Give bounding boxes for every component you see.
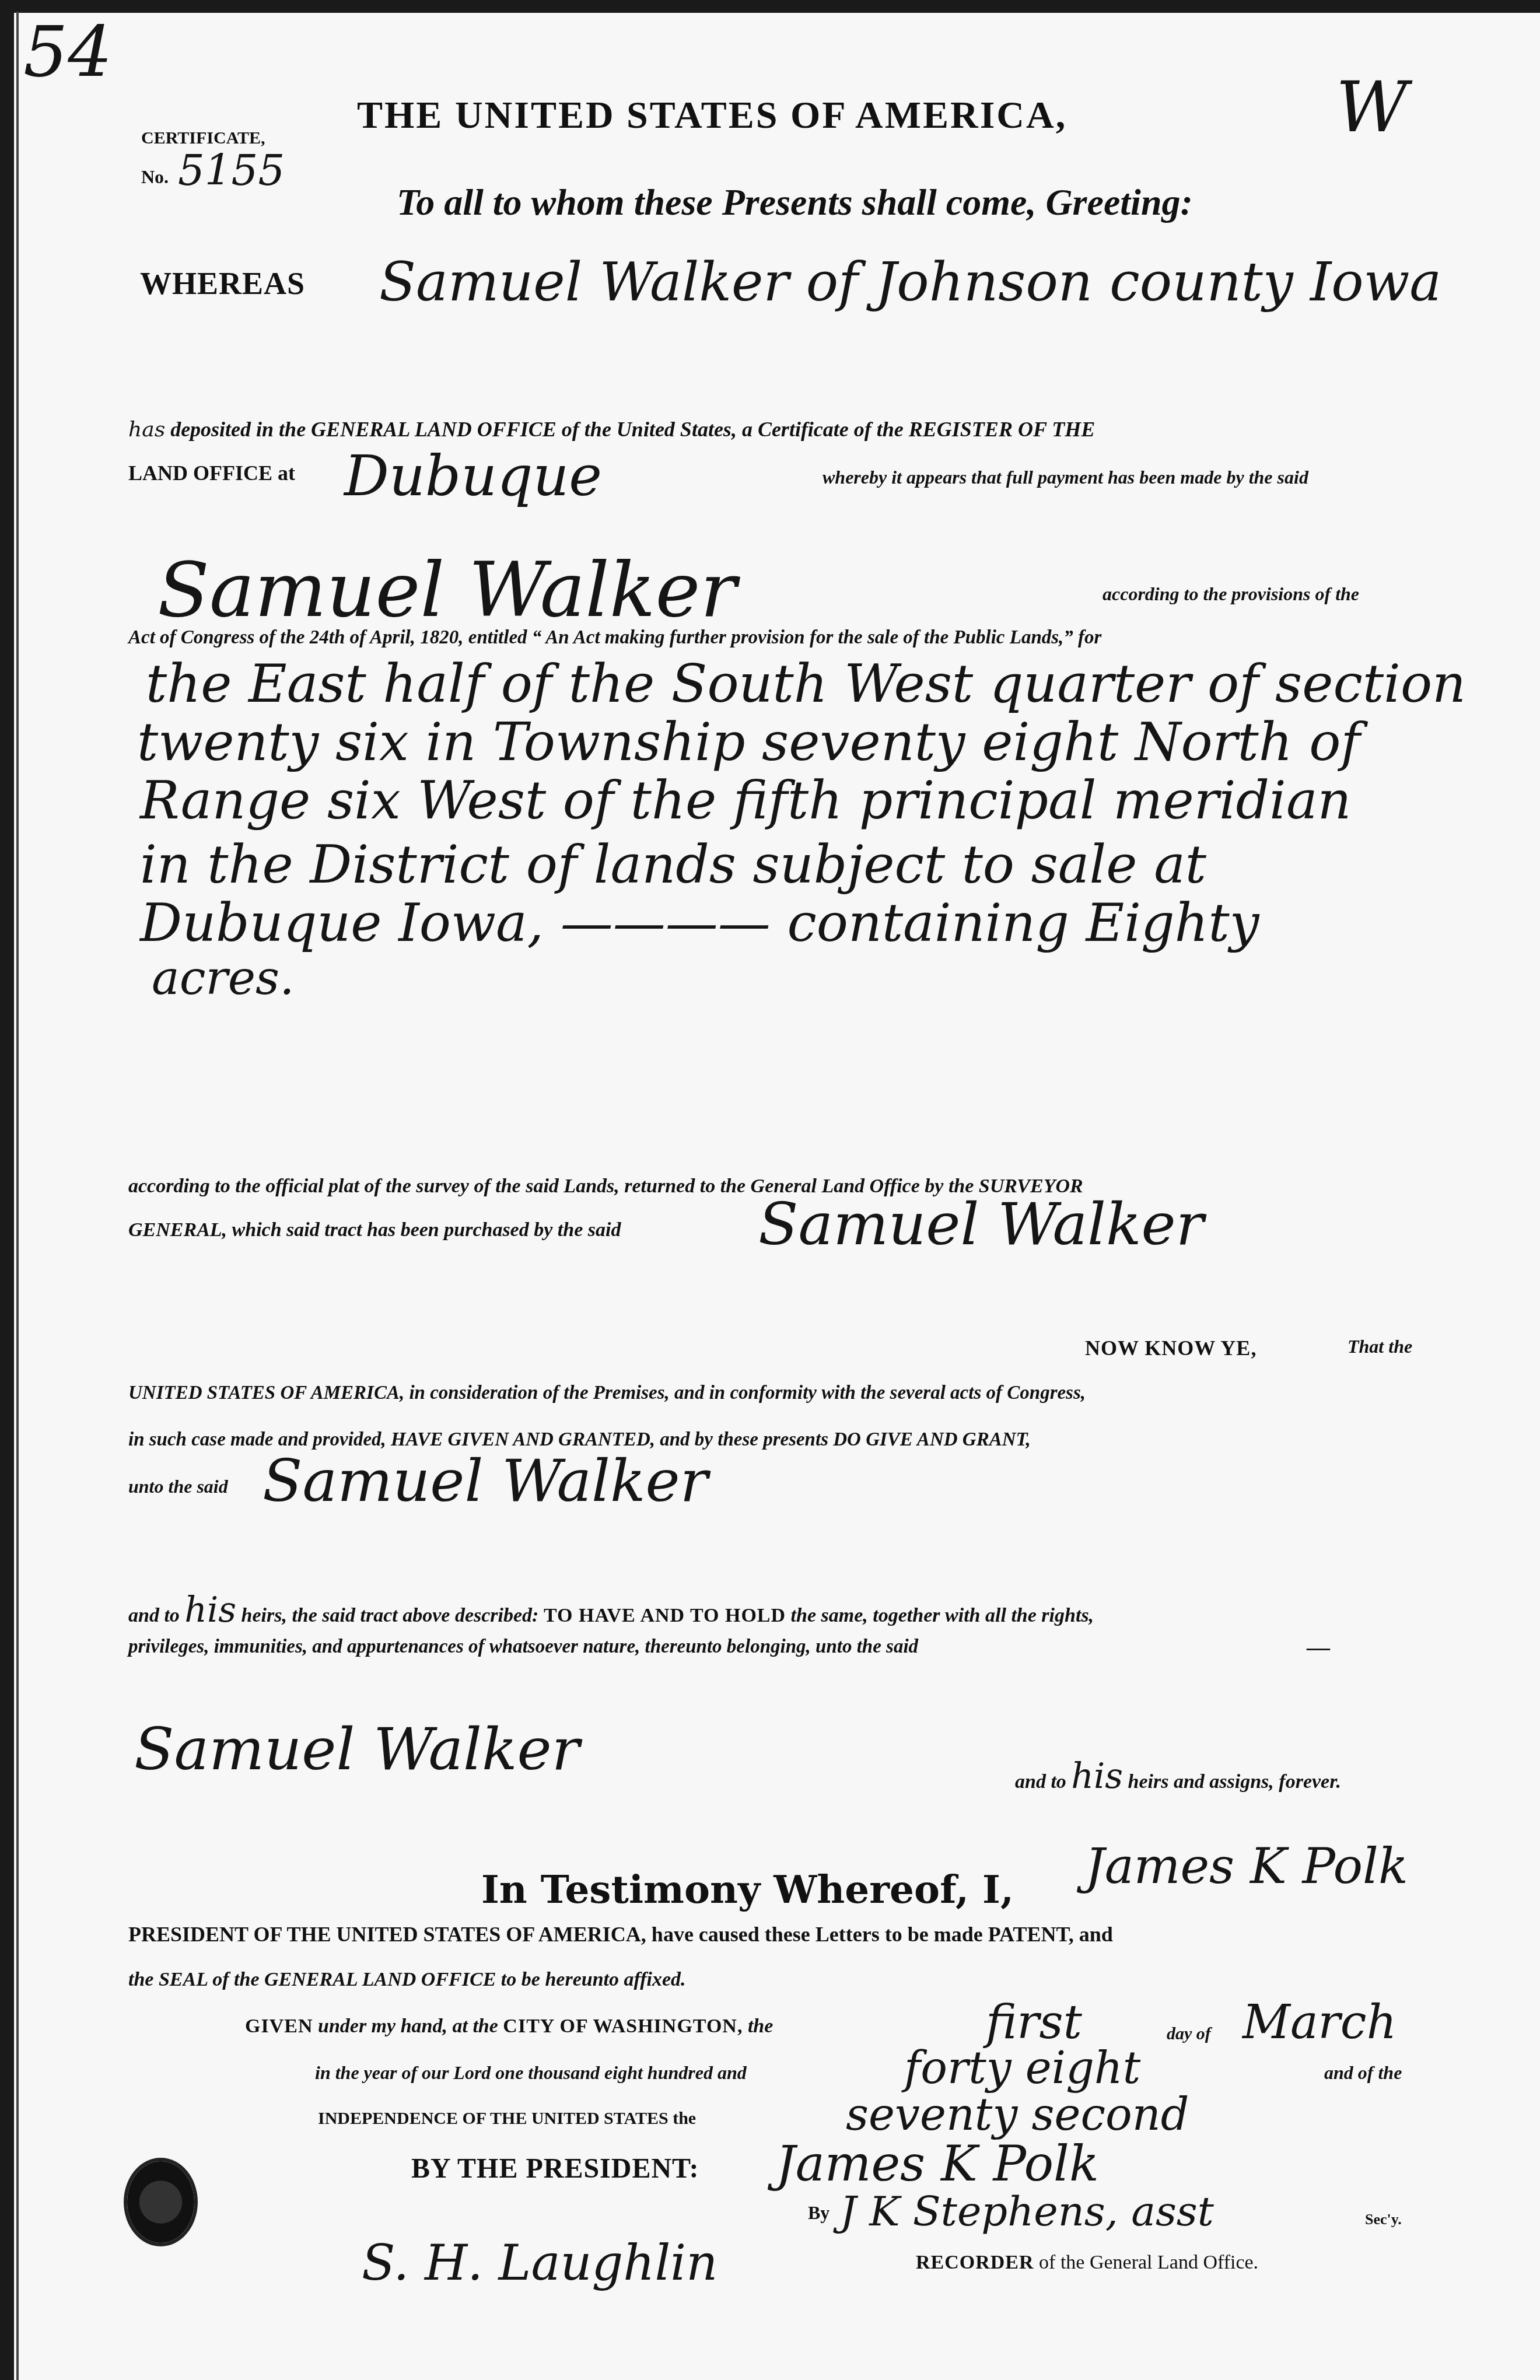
document-top-border xyxy=(0,0,1540,13)
independence-prefix: INDEPENDENCE OF THE UNITED STATES the xyxy=(318,2109,696,2129)
now-know-ye: NOW KNOW YE, xyxy=(1085,1336,1256,1360)
year-written: forty eight xyxy=(904,2042,1140,2094)
grantee-name-3: Samuel Walker xyxy=(262,1447,708,1515)
day-of: day of xyxy=(1167,2024,1211,2044)
certificate-no-label: No. xyxy=(141,166,169,188)
testimony-line-2: the SEAL of the GENERAL LAND OFFICE to b… xyxy=(128,1969,686,1991)
deposit-line-1-text: deposited in the GENERAL LAND OFFICE of … xyxy=(170,418,1095,441)
survey-line-2: GENERAL, which said tract has been purch… xyxy=(128,1219,621,1241)
heirs-and-assigns: and to his heirs and assigns, forever. xyxy=(1015,1756,1341,1797)
land-description-line: in the District of lands subject to sale… xyxy=(140,834,1206,895)
to-have-and-to-hold: TO HAVE AND TO HOLD xyxy=(544,1605,786,1626)
grantee-with-residence: Samuel Walker of Johnson county Iowa xyxy=(379,251,1441,313)
by-label: By xyxy=(808,2202,829,2224)
page-number-note: 54 xyxy=(23,12,113,93)
secretary-label: Sec'y. xyxy=(1365,2211,1402,2228)
land-description-line: Dubuque Iowa, ———— containing Eighty xyxy=(140,892,1259,954)
under-my-hand: under my hand, at the xyxy=(318,2015,498,2037)
independence-year: seventy second xyxy=(846,2088,1189,2140)
has-handwritten: has xyxy=(128,418,165,442)
habendum-mid: heirs, the said tract above described: xyxy=(241,1605,538,1626)
pronoun-his: his xyxy=(184,1590,236,1630)
act-of-congress-line: Act of Congress of the 24th of April, 18… xyxy=(128,627,1101,649)
grantee-name-1: Samuel Walker xyxy=(157,545,737,634)
the: the xyxy=(748,2015,773,2037)
document-title: THE UNITED STATES OF AMERICA, xyxy=(357,93,1067,138)
deposit-line-1: has deposited in the GENERAL LAND OFFICE… xyxy=(128,417,1095,442)
by-the-president: BY THE PRESIDENT: xyxy=(411,2152,699,2185)
given-label: GIVEN xyxy=(245,2015,313,2037)
city-of-washington: CITY OF WASHINGTON, xyxy=(503,2015,743,2037)
pronoun-his: his xyxy=(1071,1756,1123,1797)
land-description-line: Range six West of the fifth principal me… xyxy=(140,770,1352,831)
habendum-line-2: privileges, immunities, and appurtenance… xyxy=(128,1636,918,1658)
land-description-line: acres. xyxy=(152,951,295,1005)
payment-clause: whereby it appears that full payment has… xyxy=(822,467,1308,488)
that-the: That the xyxy=(1347,1336,1412,1357)
habendum-suffix: the same, together with all the rights, xyxy=(791,1605,1094,1626)
president-signature-testimony: James K Polk xyxy=(1085,1838,1408,1895)
unto-the-said: unto the said xyxy=(128,1476,228,1497)
certificate-label: CERTIFICATE, xyxy=(141,128,265,148)
certificate-number: 5155 xyxy=(178,146,285,195)
president-signature: James K Polk xyxy=(776,2135,1099,2192)
recorder-suffix: of the General Land Office. xyxy=(1039,2252,1258,2273)
land-office-label: LAND OFFICE at xyxy=(128,461,295,485)
land-description-line: twenty six in Township seventy eight Nor… xyxy=(137,712,1360,773)
general-land-office-seal xyxy=(127,2161,194,2243)
and-of-the: and of the xyxy=(1324,2062,1402,2084)
provisions-clause: according to the provisions of the xyxy=(1102,583,1359,605)
testimony-line-1: PRESIDENT OF THE UNITED STATES OF AMERIC… xyxy=(128,1922,1113,1947)
given-line: GIVEN under my hand, at the CITY OF WASH… xyxy=(245,2015,773,2038)
and-to: and to xyxy=(1015,1771,1066,1793)
and-to: and to xyxy=(128,1605,180,1626)
grantee-name-2: Samuel Walker xyxy=(758,1190,1204,1258)
grant-line-1: UNITED STATES OF AMERICA, in considerati… xyxy=(128,1382,1086,1404)
heirs-assigns-text: heirs and assigns, forever. xyxy=(1128,1771,1341,1793)
secretary-signature: J K Stephens, asst xyxy=(840,2187,1214,2235)
month-written: March xyxy=(1242,1995,1396,2049)
corner-mark-note: W xyxy=(1336,67,1408,148)
document-left-border xyxy=(0,0,14,2380)
year-prefix: in the year of our Lord one thousand eig… xyxy=(315,2062,747,2084)
habendum-line-1: and to his heirs, the said tract above d… xyxy=(128,1590,1094,1630)
greeting: To all to whom these Presents shall come… xyxy=(397,181,1193,224)
recorder-title: RECORDER xyxy=(916,2252,1034,2273)
grantee-name-4: Samuel Walker xyxy=(134,1715,580,1783)
recorder-line: RECORDER of the General Land Office. xyxy=(916,2252,1258,2274)
document-left-rule xyxy=(16,12,19,2380)
land-office-name: Dubuque xyxy=(344,443,602,509)
land-description-line: the East half of the South West quarter … xyxy=(146,653,1466,715)
habendum-dash: — xyxy=(1307,1633,1330,1661)
whereas-label: WHEREAS xyxy=(140,265,305,302)
recorder-signature: S. H. Laughlin xyxy=(362,2234,717,2291)
testimony-heading: In Testimony Whereof, I, xyxy=(481,1867,1014,1912)
